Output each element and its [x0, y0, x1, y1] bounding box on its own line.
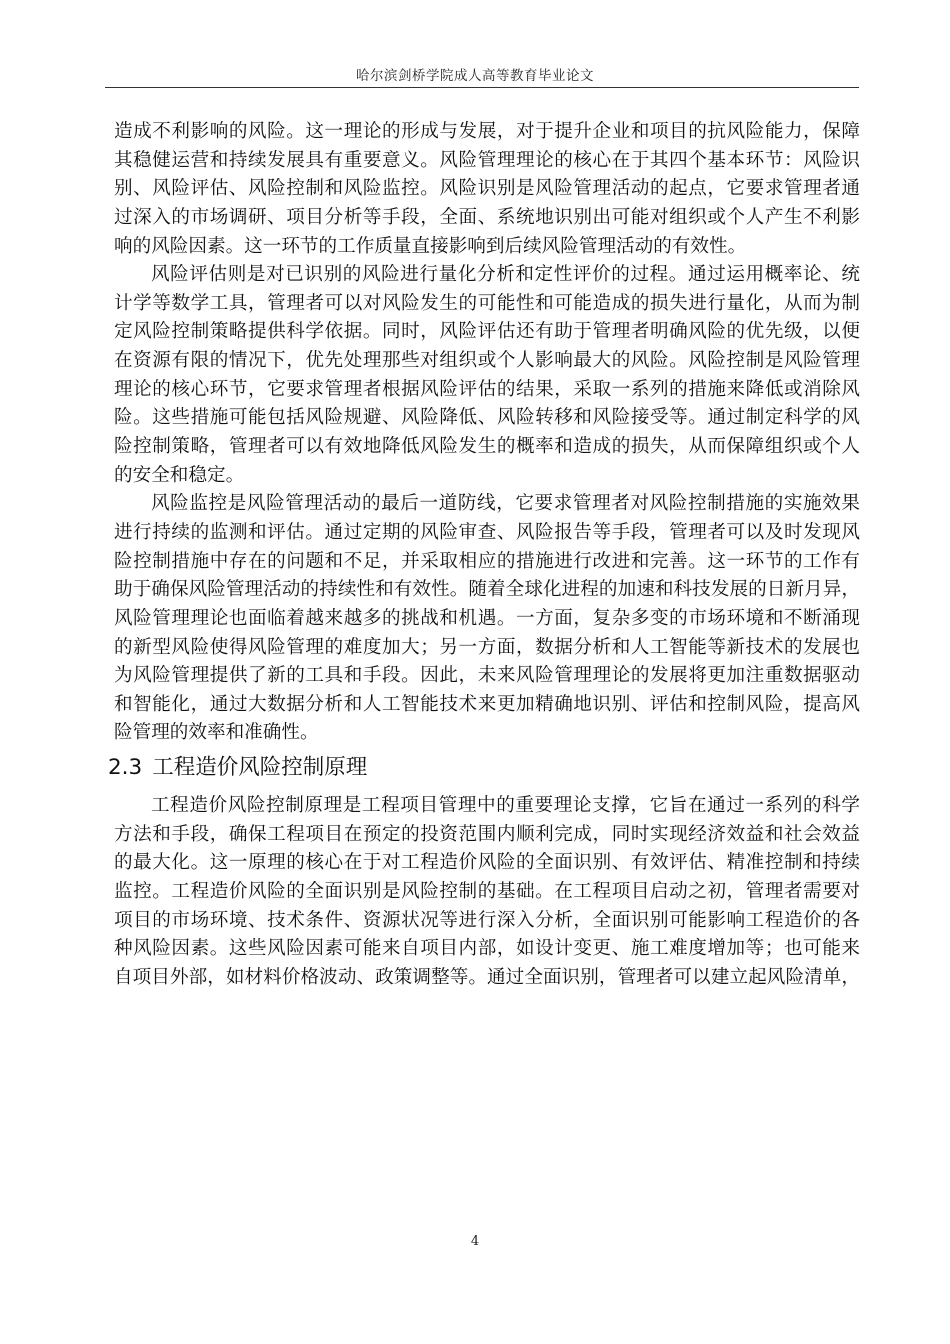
- text-line: 项目的市场环境、技术条件、资源状况等进行深入分析，全面识别可能影响工程造价的各: [114, 907, 860, 936]
- text-line: 定风险控制策略提供科学依据。同时，风险评估还有助于管理者明确风险的优先级，以便: [114, 318, 860, 347]
- document-page: 哈尔滨剑桥学院成人高等教育毕业论文 造成不利影响的风险。这一理论的形成与发展，对…: [0, 0, 950, 1344]
- running-header: 哈尔滨剑桥学院成人高等教育毕业论文: [0, 64, 950, 84]
- text-line: 在资源有限的情况下，优先处理那些对组织或个人影响最大的风险。风险控制是风险管理: [114, 347, 860, 376]
- text-line: 监控。工程造价风险的全面识别是风险控制的基础。在工程项目启动之初，管理者需要对: [114, 878, 860, 907]
- section-title: 工程造价风险控制原理: [152, 755, 367, 780]
- text-line: 助于确保风险管理活动的持续性和有效性。随着全球化进程的加速和科技发展的日新月异，: [114, 576, 860, 605]
- text-line: 工程造价风险控制原理是工程项目管理中的重要理论支撑，它旨在通过一系列的科学: [114, 792, 860, 821]
- text-line: 造成不利影响的风险。这一理论的形成与发展，对于提升企业和项目的抗风险能力，保障: [114, 118, 860, 147]
- text-line: 风险监控是风险管理活动的最后一道防线，它要求管理者对风险控制措施的实施效果: [114, 490, 860, 519]
- text-line: 方法和手段，确保工程项目在预定的投资范围内顺利完成，同时实现经济效益和社会效益: [114, 821, 860, 850]
- header-divider: [105, 87, 859, 88]
- text-line: 险。这些措施可能包括风险规避、风险降低、风险转移和风险接受等。通过制定科学的风: [114, 404, 860, 433]
- text-line: 险控制措施中存在的问题和不足，并采取相应的措施进行改进和完善。这一环节的工作有: [114, 548, 860, 577]
- text-line: 计学等数学工具，管理者可以对风险发生的可能性和可能造成的损失进行量化，从而为制: [114, 290, 860, 319]
- text-line: 风险评估则是对已识别的风险进行量化分析和定性评价的过程。通过运用概率论、统: [114, 261, 860, 290]
- text-line: 和智能化，通过大数据分析和人工智能技术来更加精确地识别、评估和控制风险，提高风: [114, 691, 860, 720]
- text-line: 的最大化。这一原理的核心在于对工程造价风险的全面识别、有效评估、精准控制和持续: [114, 849, 860, 878]
- text-line: 种风险因素。这些风险因素可能来自项目内部，如设计变更、施工难度增加等；也可能来: [114, 935, 860, 964]
- text-line: 响的风险因素。这一环节的工作质量直接影响到后续风险管理活动的有效性。: [114, 233, 860, 262]
- text-line: 理论的核心环节，它要求管理者根据风险评估的结果，采取一系列的措施来降低或消除风: [114, 376, 860, 405]
- text-line: 的新型风险使得风险管理的难度加大；另一方面，数据分析和人工智能等新技术的发展也: [114, 634, 860, 663]
- paragraph: 造成不利影响的风险。这一理论的形成与发展，对于提升企业和项目的抗风险能力，保障 …: [114, 118, 860, 261]
- section-heading: 2.3工程造价风险控制原理: [108, 748, 860, 792]
- text-line: 险管理的效率和准确性。: [114, 719, 860, 748]
- text-line: 其稳健运营和持续发展具有重要意义。风险管理理论的核心在于其四个基本环节：风险识: [114, 147, 860, 176]
- section-number: 2.3: [108, 755, 142, 780]
- text-line: 过深入的市场调研、项目分析等手段，全面、系统地识别出可能对组织或个人产生不利影: [114, 204, 860, 233]
- text-line: 别、风险评估、风险控制和风险监控。风险识别是风险管理活动的起点，它要求管理者通: [114, 175, 860, 204]
- paragraph: 风险评估则是对已识别的风险进行量化分析和定性评价的过程。通过运用概率论、统 计学…: [114, 261, 860, 490]
- text-line: 险控制策略，管理者可以有效地降低风险发生的概率和造成的损失，从而保障组织或个人: [114, 433, 860, 462]
- body-text: 造成不利影响的风险。这一理论的形成与发展，对于提升企业和项目的抗风险能力，保障 …: [114, 118, 860, 993]
- paragraph: 工程造价风险控制原理是工程项目管理中的重要理论支撑，它旨在通过一系列的科学 方法…: [114, 792, 860, 992]
- text-line: 风险管理理论也面临着越来越多的挑战和机遇。一方面，复杂多变的市场环境和不断涌现: [114, 605, 860, 634]
- text-line: 为风险管理提供了新的工具和手段。因此，未来风险管理理论的发展将更加注重数据驱动: [114, 662, 860, 691]
- page-number: 4: [0, 1234, 950, 1249]
- text-line: 的安全和稳定。: [114, 462, 860, 491]
- text-line: 进行持续的监测和评估。通过定期的风险审查、风险报告等手段，管理者可以及时发现风: [114, 519, 860, 548]
- text-line: 自项目外部，如材料价格波动、政策调整等。通过全面识别，管理者可以建立起风险清单，: [114, 964, 860, 993]
- paragraph: 风险监控是风险管理活动的最后一道防线，它要求管理者对风险控制措施的实施效果 进行…: [114, 490, 860, 748]
